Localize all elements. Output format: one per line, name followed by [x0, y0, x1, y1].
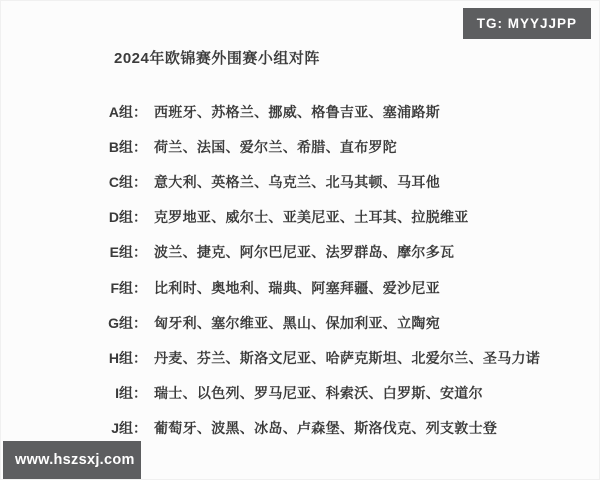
group-teams: 克罗地亚、威尔士、亚美尼亚、土耳其、拉脱维亚: [154, 207, 469, 227]
group-label: H组：: [105, 348, 147, 368]
group-row-f: F组： 比利时、奥地利、瑞典、阿塞拜疆、爱沙尼亚: [105, 270, 589, 305]
group-label: J组：: [105, 418, 147, 438]
telegram-badge: TG: MYYJJPP: [463, 8, 591, 39]
group-row-d: D组： 克罗地亚、威尔士、亚美尼亚、土耳其、拉脱维亚: [105, 200, 589, 235]
group-row-j: J组： 葡萄牙、波黑、冰岛、卢森堡、斯洛伐克、列支敦士登: [105, 411, 589, 446]
group-teams: 丹麦、芬兰、斯洛文尼亚、哈萨克斯坦、北爱尔兰、圣马力诺: [154, 348, 540, 368]
group-teams: 西班牙、苏格兰、挪威、格鲁吉亚、塞浦路斯: [154, 102, 440, 122]
group-teams: 瑞士、以色列、罗马尼亚、科索沃、白罗斯、安道尔: [154, 383, 483, 403]
group-row-h: H组： 丹麦、芬兰、斯洛文尼亚、哈萨克斯坦、北爱尔兰、圣马力诺: [105, 340, 589, 375]
group-label: C组：: [105, 172, 147, 192]
group-label: F组：: [105, 278, 147, 298]
group-teams: 比利时、奥地利、瑞典、阿塞拜疆、爱沙尼亚: [154, 278, 440, 298]
group-label: B组：: [105, 137, 147, 157]
group-label: I组：: [105, 383, 147, 403]
group-label: G组：: [105, 313, 147, 333]
group-teams: 匈牙利、塞尔维亚、黑山、保加利亚、立陶宛: [154, 313, 440, 333]
group-label: D组：: [105, 207, 147, 227]
group-row-b: B组： 荷兰、法国、爱尔兰、希腊、直布罗陀: [105, 129, 589, 164]
site-watermark: www.hszsxj.com: [3, 441, 141, 479]
group-teams: 葡萄牙、波黑、冰岛、卢森堡、斯洛伐克、列支敦士登: [154, 418, 497, 438]
group-label: A组：: [105, 102, 147, 122]
group-row-g: G组： 匈牙利、塞尔维亚、黑山、保加利亚、立陶宛: [105, 305, 589, 340]
group-label: E组：: [105, 242, 147, 262]
group-teams: 意大利、英格兰、乌克兰、北马其顿、马耳他: [154, 172, 440, 192]
qualifier-groups-image: TG: MYYJJPP 2024年欧锦赛外围赛小组对阵 A组： 西班牙、苏格兰、…: [0, 0, 600, 480]
group-row-c: C组： 意大利、英格兰、乌克兰、北马其顿、马耳他: [105, 164, 589, 199]
group-teams: 波兰、捷克、阿尔巴尼亚、法罗群岛、摩尔多瓦: [154, 242, 454, 262]
group-row-i: I组： 瑞士、以色列、罗马尼亚、科索沃、白罗斯、安道尔: [105, 376, 589, 411]
group-list: A组： 西班牙、苏格兰、挪威、格鲁吉亚、塞浦路斯 B组： 荷兰、法国、爱尔兰、希…: [105, 94, 589, 446]
group-row-e: E组： 波兰、捷克、阿尔巴尼亚、法罗群岛、摩尔多瓦: [105, 235, 589, 270]
group-row-a: A组： 西班牙、苏格兰、挪威、格鲁吉亚、塞浦路斯: [105, 94, 589, 129]
page-title: 2024年欧锦赛外围赛小组对阵: [114, 47, 320, 68]
group-teams: 荷兰、法国、爱尔兰、希腊、直布罗陀: [154, 137, 397, 157]
